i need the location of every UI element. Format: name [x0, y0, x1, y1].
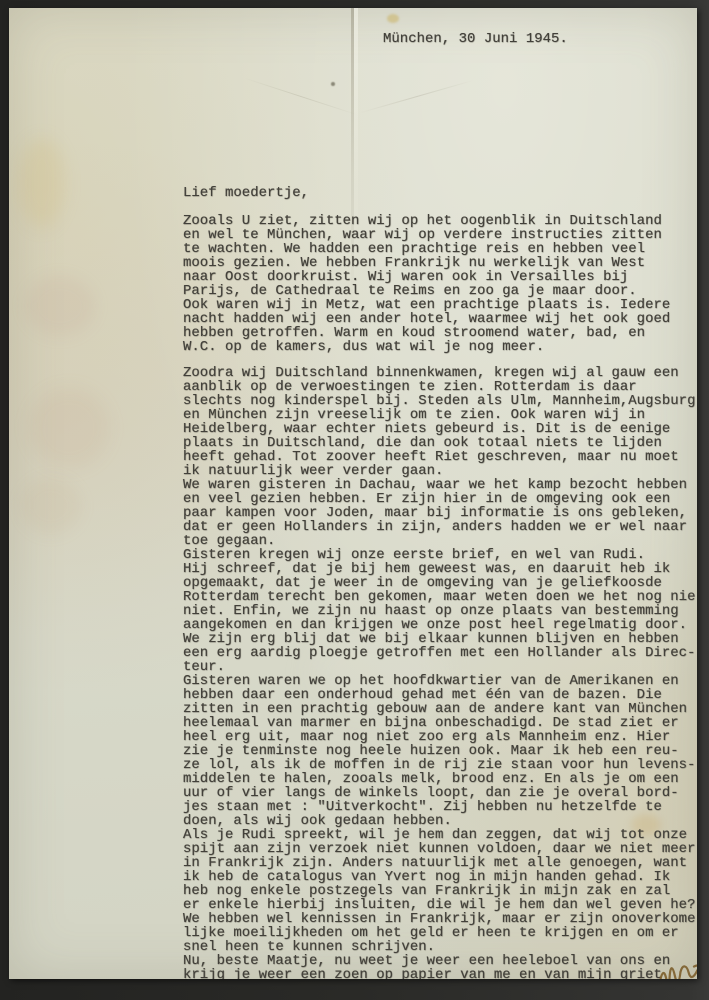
paper-stain: [19, 138, 65, 228]
letter-line: naar Oost doorkruist. Wij waren ook in V…: [183, 270, 670, 284]
letter-line: Hij schreef, dat je bij hem geweest was,…: [183, 562, 697, 576]
letter-line: Gisteren kregen wij onze eerste brief, e…: [183, 548, 697, 562]
letter-line: zie je tenminste nog heele huizen ook. M…: [183, 744, 697, 758]
letter-line: er enkele hierbij insluiten, die wil je …: [183, 898, 697, 912]
paper-stain: [387, 14, 399, 23]
letter-line: plaats in Duitschland, die dan ook totaa…: [183, 436, 697, 450]
paper-smudge: [29, 388, 109, 468]
letter-line: en veel gezien hebben. Er zijn hier in d…: [183, 492, 697, 506]
paper-smudge: [25, 276, 95, 336]
fold-crease-arm-left: [244, 77, 358, 115]
letter-line: uur of vier langs de winkels loopt, dan …: [183, 786, 697, 800]
letter-line: teur.: [183, 660, 697, 674]
letter-line: hebben getroffen. Warm en koud stroomend…: [183, 326, 670, 340]
letter-line: niet. Enfin, we zijn nu haast op onze pl…: [183, 604, 697, 618]
letter-line: aangekomen en dan krijgen we onze post h…: [183, 618, 697, 632]
letter-line: te wachten. We hadden een prachtige reis…: [183, 242, 670, 256]
letter-line: Zoodra wij Duitschland binnenkwamen, kre…: [183, 366, 697, 380]
letter-line: nacht hadden wij een ander hotel, waarme…: [183, 312, 670, 326]
letter-line: We zijn erg blij dat we bij elkaar kunne…: [183, 632, 697, 646]
letter-line: ik heb de catalogus van Yvert nog in mij…: [183, 870, 697, 884]
letter-line: in Frankrijk zijn. Anders natuurlijk met…: [183, 856, 697, 870]
letter-line: ik natuurlijk weer verder gaan.: [183, 464, 697, 478]
letter-line: een erg aardig ploegje getroffen met een…: [183, 646, 697, 660]
letter-line: jes staan met : "Uitverkocht". Zij hebbe…: [183, 800, 697, 814]
scan-background: München, 30 Juni 1945. Lief moedertje, Z…: [0, 0, 709, 1000]
letter-line: opgemaakt, dat je weer in de omgeving va…: [183, 576, 697, 590]
letter-line: moois gezien. We hebben Frankrijk nu wer…: [183, 256, 670, 270]
letter-line: zitten in een prachtig gebouw aan de and…: [183, 702, 697, 716]
letter-line: Als je Rudi spreekt, wil je hem dan zegg…: [183, 828, 697, 842]
letter-line: doen, als wij ook gedaan hebben.: [183, 814, 697, 828]
letter-line: en München zijn vreeselijk om te zien. O…: [183, 408, 697, 422]
letter-line: heel erg uit, maar nog niet zoo erg als …: [183, 730, 697, 744]
letter-line: dat er geen Hollanders in zijn, anders h…: [183, 520, 697, 534]
letter-line: heelemaal van marmer en bijna onbeschadi…: [183, 716, 697, 730]
letter-line: Zooals U ziet, zitten wij op het oogenbl…: [183, 214, 670, 228]
letter-line: heeft gehad. Tot zoover heeft Riet gesch…: [183, 450, 697, 464]
letter-line: Gisteren waren we op het hoofdkwartier v…: [183, 674, 697, 688]
letter-line: spijt aan zijn verzoek niet kunnen voldo…: [183, 842, 697, 856]
letter-line: lijke moeilijkheden om het geld er heen …: [183, 926, 697, 940]
letter-line: en wel te München, waar wij op verdere i…: [183, 228, 670, 242]
letter-line: heb nog enkele postzegels van Frankrijk …: [183, 884, 697, 898]
letter-paragraph-1: Zooals U ziet, zitten wij op het oogenbl…: [183, 214, 670, 354]
letter-paragraph-2: Zoodra wij Duitschland binnenkwamen, kre…: [183, 366, 697, 979]
letter-line: We waren gisteren in Dachau, waar we het…: [183, 478, 697, 492]
letter-line: Rotterdam terecht ben gekomen, maar wete…: [183, 590, 697, 604]
letter-line: W.C. op de kamers, dus wat wil je nog me…: [183, 340, 670, 354]
fold-crease-arm-right: [359, 79, 475, 113]
paper-speck: [331, 82, 335, 86]
letter-line: paar kampen voor Joden, maar bij informa…: [183, 506, 697, 520]
letter-page: München, 30 Juni 1945. Lief moedertje, Z…: [9, 8, 697, 979]
letter-line: slechts nog kinderspel bij. Steden als U…: [183, 394, 697, 408]
letter-line: snel heen te kunnen schrijven.: [183, 940, 697, 954]
letter-line: ze lol, als ik de moffen in de rij zie s…: [183, 758, 697, 772]
letter-line: middelen te halen, zooals melk, brood en…: [183, 772, 697, 786]
salutation: Lief moedertje,: [183, 186, 309, 200]
letter-line: Nu, beste Maatje, nu weet je weer een he…: [183, 954, 697, 968]
paper-smudge: [21, 478, 81, 534]
letter-line: Parijs, de Cathedraal te Reims en zoo ga…: [183, 284, 670, 298]
letter-line: Ook waren wij in Metz, wat een prachtige…: [183, 298, 670, 312]
dateline: München, 30 Juni 1945.: [383, 32, 568, 46]
letter-line: We hebben wel kennissen in Frankrijk, ma…: [183, 912, 697, 926]
letter-line: Heidelberg, waar echter niets gebeurd is…: [183, 422, 697, 436]
letter-line: aanblik op de verwoestingen te zien. Rot…: [183, 380, 697, 394]
letter-line: krijg je weer een zoen op papier van me …: [183, 968, 697, 979]
letter-line: toe gegaan.: [183, 534, 697, 548]
letter-line: hebben daar een onderhoud gehad met één …: [183, 688, 697, 702]
